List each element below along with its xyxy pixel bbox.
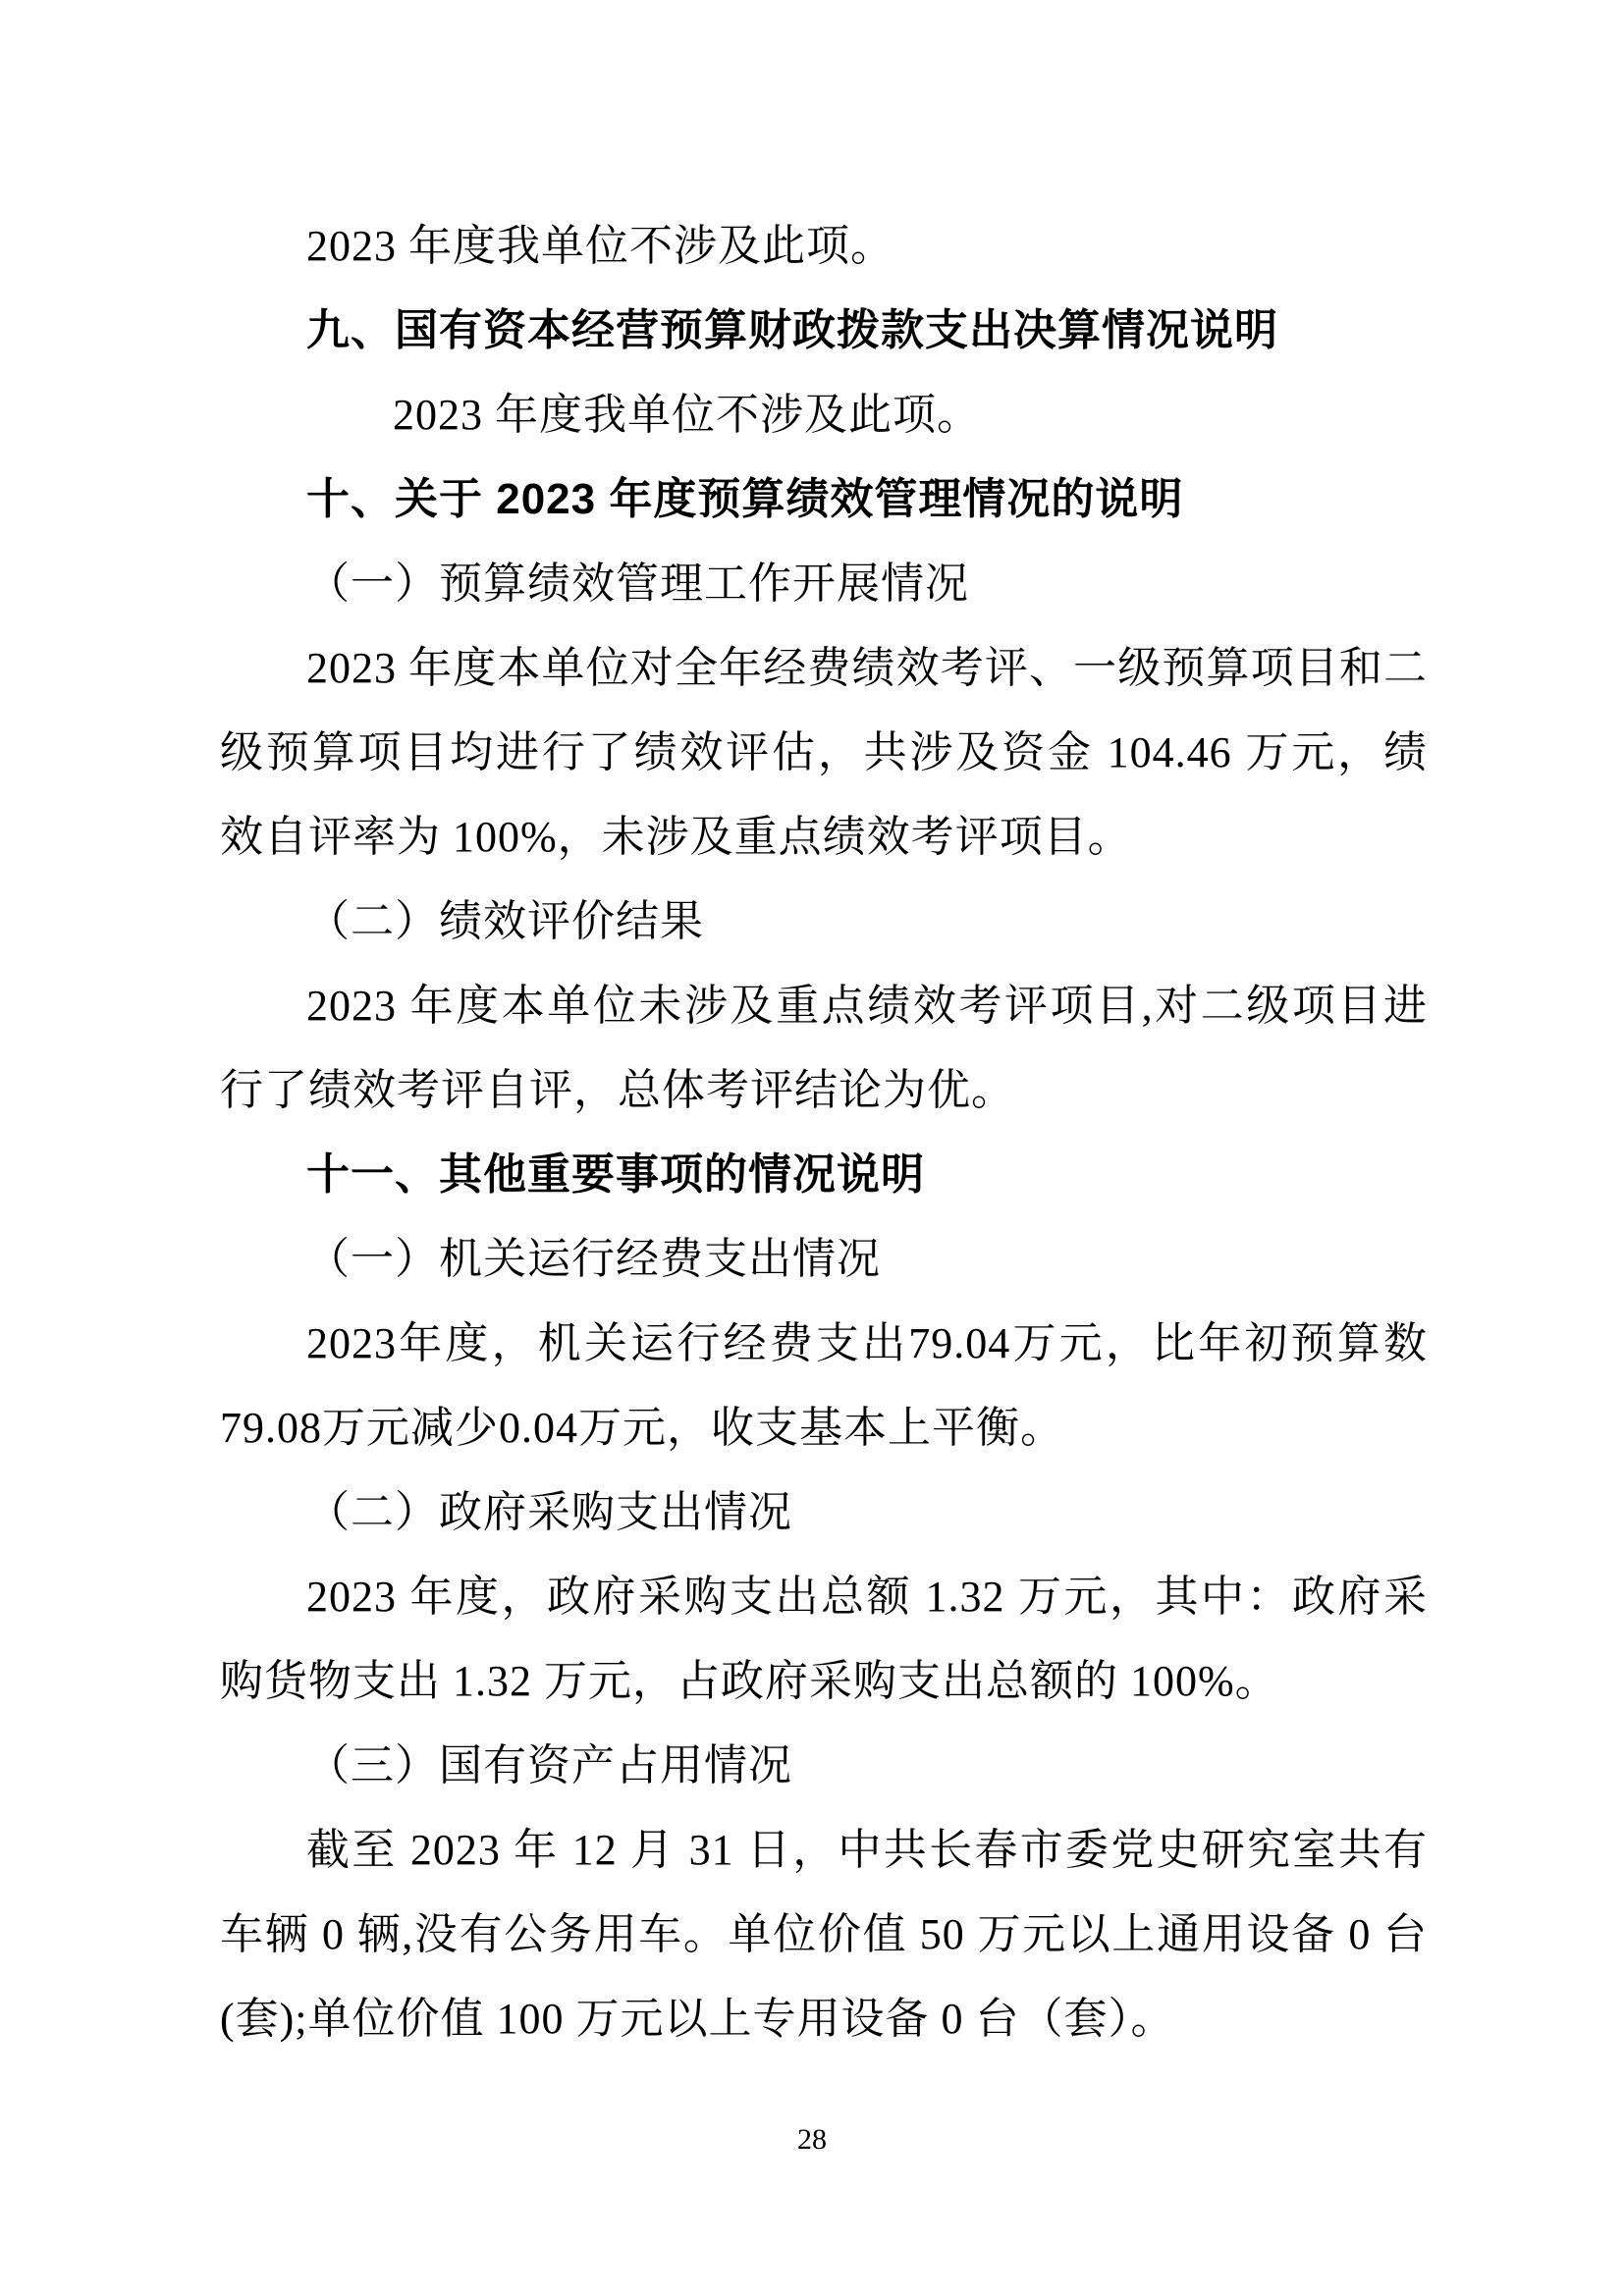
sub-section-heading: （一）机关运行经费支出情况 xyxy=(220,1217,1428,1302)
section-heading: 九、国有资本经营预算财政拨款支出决算情况说明 xyxy=(220,289,1428,373)
paragraph: 2023 年度本单位对全年经费绩效考评、一级预算项目和二级预算项目均进行了绩效评… xyxy=(220,626,1428,880)
document-body: 2023 年度我单位不涉及此项。 九、国有资本经营预算财政拨款支出决算情况说明 … xyxy=(220,204,1428,2061)
sub-section-heading: （一）预算绩效管理工作开展情况 xyxy=(220,542,1428,626)
section-heading: 十一、其他重要事项的情况说明 xyxy=(220,1133,1428,1217)
paragraph: 2023 年度，政府采购支出总额 1.32 万元，其中：政府采购货物支出 1.3… xyxy=(220,1555,1428,1724)
sub-section-heading: （二）绩效评价结果 xyxy=(220,880,1428,964)
page-number: 28 xyxy=(0,2120,1624,2160)
paragraph: 截至 2023 年 12 月 31 日，中共长春市委党史研究室共有车辆 0 辆,… xyxy=(220,1808,1428,2061)
document-page: 2023 年度我单位不涉及此项。 九、国有资本经营预算财政拨款支出决算情况说明 … xyxy=(0,0,1624,2296)
paragraph: 2023 年度我单位不涉及此项。 xyxy=(220,204,1428,289)
paragraph: 2023 年度我单位不涉及此项。 xyxy=(220,373,1428,457)
paragraph: 2023年度，机关运行经费支出79.04万元，比年初预算数79.08万元减少0.… xyxy=(220,1302,1428,1470)
paragraph: 2023 年度本单位未涉及重点绩效考评项目,对二级项目进行了绩效考评自评，总体考… xyxy=(220,964,1428,1133)
sub-section-heading: （二）政府采购支出情况 xyxy=(220,1470,1428,1555)
section-heading: 十、关于 2023 年度预算绩效管理情况的说明 xyxy=(220,457,1428,542)
sub-section-heading: （三）国有资产占用情况 xyxy=(220,1724,1428,1808)
